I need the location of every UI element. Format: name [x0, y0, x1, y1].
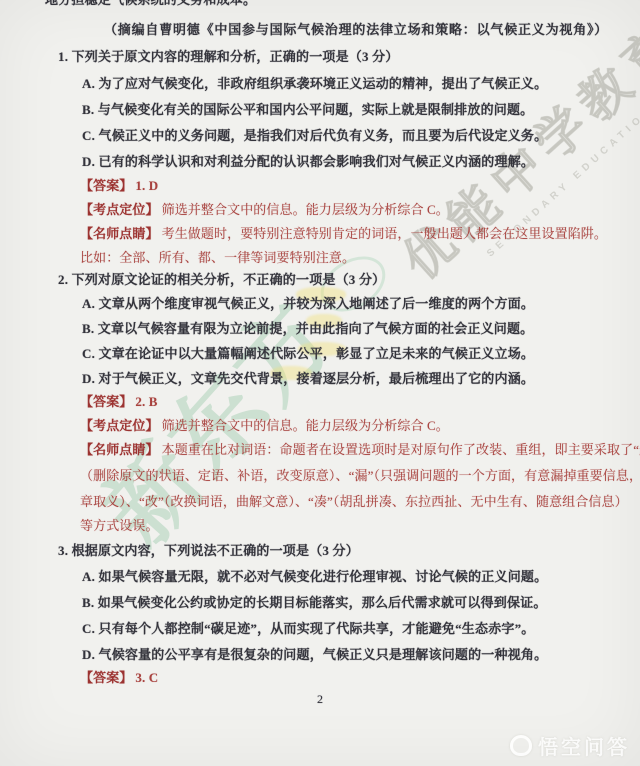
- q1-stem: 1. 下列关于原文内容的理解和分析，正确的一项是（3 分）: [58, 49, 399, 64]
- q1-option-c: C. 气候正义中的义务问题，是指我们对后代负有义务，而且要为后代设定义务。: [82, 128, 547, 143]
- q3-option-d: D. 气候容量的公平享有是很复杂的问题，气候正义只是理解该问题的一种视角。: [82, 647, 547, 662]
- q1-option-d: D. 已有的科学认识和对利益分配的认识都会影响我们对气候正义内涵的理解。: [82, 154, 534, 169]
- answer-label: 【答案】: [80, 178, 132, 193]
- q1-option-a: A. 为了应对气候变化，非政府组织承袭环境正义运动的精神，提出了气候正义。: [82, 76, 547, 91]
- q1-answer-line: 【答案】1. D: [80, 178, 158, 193]
- scanned-exam-page: 优能中学教育 SECONDARY EDUCATION 新东方 地分担稳定气候系统…: [0, 0, 640, 766]
- q2-mingshi-line-1: 【名师点睛】本题重在比对词语：命题者在设置选项时是对原句作了改装、重组，即主要采…: [80, 442, 640, 457]
- source-line: （摘编自曹明德《中国参与国际气候治理的法律立场和策略：以气候正义为视角》）: [104, 22, 608, 37]
- kaodian-label: 【考点定位】: [80, 418, 159, 433]
- mingshi-label: 【名师点睛】: [80, 442, 159, 457]
- q3-option-a: A. 如果气候容量无限，就不必对气候变化进行伦理审视、讨论气候的正义问题。: [82, 569, 547, 584]
- q2-option-d: D. 对于气候正义，文章先交代背景，接着逐层分析，最后梳理出了它的内涵。: [82, 371, 534, 386]
- q3-stem: 3. 根据原文内容，下列说法不正确的一项是（3 分）: [58, 543, 359, 558]
- clipped-top-line: 地分担稳定气候系统的义务和成本。: [45, 0, 256, 7]
- q2-mingshi-line-4: 等方式设误。: [80, 518, 159, 533]
- answer-value: 2. B: [135, 394, 157, 409]
- q1-mingshi-line-2: 比如：全部、所有、都、一律等词要特别注意。: [80, 250, 355, 265]
- q1-kaodian-line: 【考点定位】筛选并整合文中的信息。能力层级为分析综合 C。: [80, 202, 449, 217]
- q2-mingshi-line-3: 章取义）、“改”（改换词语，曲解文意）、“凑”（胡乱拼凑、东拉西扯、无中生有、随…: [80, 494, 628, 509]
- q2-option-b: B. 文章以气候容量有限为立论前提，并由此指向了气候方面的社会正义问题。: [82, 321, 533, 336]
- q3-answer-line: 【答案】3. C: [80, 670, 158, 685]
- mingshi-text: 本题重在比对词语：命题者在设置选项时是对原句作了改装、重组，即主要采取了“删”: [162, 442, 640, 457]
- corner-logo: 悟空问答: [510, 731, 630, 760]
- mingshi-label: 【名师点睛】: [80, 226, 159, 241]
- kaodian-text: 筛选并整合文中的信息。能力层级为分析综合 C。: [162, 418, 449, 433]
- answer-label: 【答案】: [80, 670, 132, 685]
- page-number: 2: [0, 692, 640, 707]
- kaodian-label: 【考点定位】: [80, 202, 159, 217]
- mingshi-text: 考生做题时，要特别注意特别肯定的词语，一般出题人都会在这里设置陷阱。: [162, 226, 607, 241]
- q1-mingshi-line-1: 【名师点睛】考生做题时，要特别注意特别肯定的词语，一般出题人都会在这里设置陷阱。: [80, 226, 607, 241]
- answer-value: 3. C: [135, 670, 158, 685]
- wukong-monkey-icon: [510, 735, 532, 756]
- q2-option-c: C. 文章在论证中以大量篇幅阐述代际公平，彰显了立足未来的气候正义立场。: [82, 346, 534, 361]
- kaodian-text: 筛选并整合文中的信息。能力层级为分析综合 C。: [162, 202, 449, 217]
- q3-option-c: C. 只有每个人都控制“碳足迹”，从而实现了代际共享，才能避免“生态赤字”。: [82, 621, 535, 636]
- corner-logo-text: 悟空问答: [538, 731, 630, 760]
- q2-answer-line: 【答案】2. B: [80, 394, 157, 409]
- q2-stem: 2. 下列对原文论证的相关分析，不正确的一项是（3 分）: [58, 272, 385, 287]
- answer-value: 1. D: [135, 178, 158, 193]
- q2-option-a: A. 文章从两个维度审视气候正义，并较为深入地阐述了后一维度的两个方面。: [82, 296, 534, 311]
- answer-label: 【答案】: [80, 394, 132, 409]
- q2-kaodian-line: 【考点定位】筛选并整合文中的信息。能力层级为分析综合 C。: [80, 418, 449, 433]
- q2-mingshi-line-2: （删除原文的状语、定语、补语，改变原意）、“漏”（只强调问题的一个方面，有意漏掉…: [80, 468, 640, 483]
- q1-option-b: B. 与气候变化有关的国际公平和国内公平问题，实际上就是限制排放的问题。: [82, 102, 533, 117]
- q3-option-b: B. 如果气候变化公约或协定的长期目标能落实，那么后代需求就可以得到保证。: [82, 595, 547, 610]
